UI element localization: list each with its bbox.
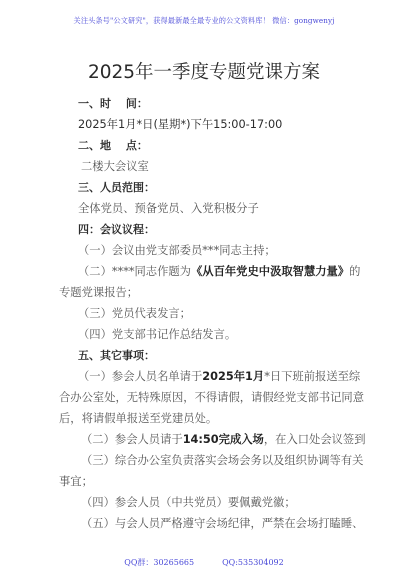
other-item-continuation: 后，将请假单报送至党建员处。	[59, 408, 364, 429]
deadline-date: 2025年1月	[202, 370, 264, 383]
time-value: 2025年1月*日(星期*)下午15:00-17:00	[59, 114, 364, 135]
other-item-text: ，在入口处会议签到	[264, 433, 366, 446]
other-item: （一）参会人员名单请于2025年1月*日下班前报送至综	[59, 366, 364, 387]
report-title: 《从百年党史中汲取智慧力量》	[191, 265, 349, 278]
section-heading-agenda: 四：会议议程：	[59, 219, 364, 240]
section-heading-attendees: 三、人员范围：	[59, 177, 364, 198]
other-item: （三）综合办公室负责落实会场会务以及组织协调等有关	[59, 450, 364, 471]
agenda-item-continuation: 专题党课报告；	[59, 282, 364, 303]
other-item-continuation: 事宜；	[59, 471, 364, 492]
other-item: （二）参会人员请于14:50完成入场，在入口处会议签到	[59, 429, 364, 450]
section-heading-other: 五、其它事项：	[59, 345, 364, 366]
promo-header: 关注头条号"公文研究"，获得最新最全最专业的公文资料库！ 微信：gongweny…	[0, 16, 408, 26]
section-heading-time: 一、时 间：	[59, 93, 364, 114]
page-title: 2025年一季度专题党课方案	[0, 58, 408, 84]
agenda-item: （四）党支部书记作总结发言。	[59, 324, 364, 345]
other-item: （五）与会人员严格遵守会场纪律，严禁在会场打瞌睡、	[59, 513, 364, 534]
other-item-text: （一）参会人员名单请于	[78, 370, 202, 383]
agenda-item: （一）会议由党支部委员***同志主持；	[59, 240, 364, 261]
other-item-text: *日下班前报送至综	[264, 370, 360, 383]
document-page: 关注头条号"公文研究"，获得最新最全最专业的公文资料库！ 微信：gongweny…	[0, 0, 408, 580]
agenda-item-text: （二）****同志作题为	[78, 265, 191, 278]
attendees-value: 全体党员、预备党员、入党积极分子	[59, 198, 364, 219]
qq-group: QQ群：30265665	[124, 557, 194, 568]
contact-footer: QQ群：30265665QQ:535304092	[0, 557, 408, 568]
document-body: 一、时 间： 2025年1月*日(星期*)下午15:00-17:00 二、地 点…	[59, 93, 364, 534]
section-heading-location: 二、地 点：	[59, 135, 364, 156]
entry-time: 14:50完成入场	[183, 433, 264, 446]
other-item: （四）参会人员（中共党员）要佩戴党徽；	[59, 492, 364, 513]
other-item-text: （二）参会人员请于	[81, 433, 183, 446]
location-value: 二楼大会议室	[59, 156, 364, 177]
agenda-item-text: 的	[349, 265, 360, 278]
agenda-item: （三）党员代表发言；	[59, 303, 364, 324]
agenda-item: （二）****同志作题为《从百年党史中汲取智慧力量》的	[59, 261, 364, 282]
qq-number: QQ:535304092	[222, 558, 284, 567]
other-item-continuation: 合办公室处，无特殊原因，不得请假，请假经党支部书记同意	[59, 387, 364, 408]
